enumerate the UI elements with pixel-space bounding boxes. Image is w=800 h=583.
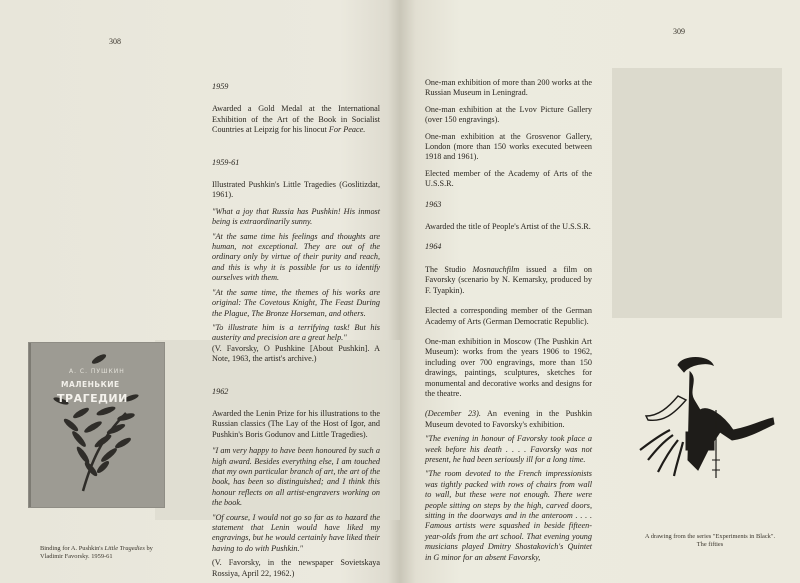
paragraph: Awarded the Lenin Prize for his illustra… bbox=[212, 409, 380, 440]
year-heading: 1962 bbox=[212, 387, 380, 397]
paragraph: One-man exhibition at the Lvov Picture G… bbox=[425, 105, 592, 126]
page-number: 309 bbox=[673, 27, 685, 36]
paragraph: One-man exhibition at the Grosvenor Gall… bbox=[425, 132, 592, 163]
year-heading: 1959-61 bbox=[212, 158, 380, 168]
paragraph: Awarded a Gold Medal at the Internationa… bbox=[212, 104, 380, 135]
year-heading: 1964 bbox=[425, 242, 592, 252]
figure-caption: Binding for A. Pushkin's Little Tragedie… bbox=[40, 545, 160, 561]
year-heading: 1959 bbox=[212, 82, 380, 92]
book-cover-image: А. С. ПУШКИН МАЛЕНЬКИЕ ТРАГЕДИИ bbox=[29, 343, 164, 507]
paragraph: The Studio Mosnauchfilm issued a film on… bbox=[425, 265, 592, 296]
quote: "The evening in honour of Favorsky took … bbox=[425, 434, 592, 465]
quote: "At the same time, the themes of his wor… bbox=[212, 288, 380, 319]
quote: "What a joy that Russia has Pushkin! His… bbox=[212, 207, 380, 228]
paragraph: (December 23). An evening in the Pushkin… bbox=[425, 409, 592, 430]
book-spread: 308 1959 Awarded a Gold Medal at the Int… bbox=[0, 0, 800, 583]
source-citation: (V. Favorsky, in the newspaper Sovietska… bbox=[212, 558, 380, 579]
figure-caption: A drawing from the series "Experiments i… bbox=[640, 533, 780, 549]
book-author: А. С. ПУШКИН bbox=[69, 368, 125, 375]
quote: "To illustrate him is a terrifying task!… bbox=[212, 323, 380, 344]
left-text-column: 1959 Awarded a Gold Medal at the Interna… bbox=[212, 82, 380, 583]
quote: "Of course, I would not go so far as to … bbox=[212, 513, 380, 555]
source-citation: (V. Favorsky, O Pushkine [About Pushkin]… bbox=[212, 344, 380, 365]
paragraph: Elected member of the Academy of Arts of… bbox=[425, 169, 592, 190]
page-number: 308 bbox=[109, 37, 121, 46]
right-text-column: One-man exhibition of more than 200 work… bbox=[425, 78, 592, 567]
quote: "The room devoted to the French impressi… bbox=[425, 469, 592, 563]
left-page: 308 1959 Awarded a Gold Medal at the Int… bbox=[0, 0, 400, 583]
year-heading: 1963 bbox=[425, 200, 592, 210]
paragraph: One-man exhibition of more than 200 work… bbox=[425, 78, 592, 99]
paragraph: Elected a corresponding member of the Ge… bbox=[425, 306, 592, 327]
paragraph: Awarded the title of People's Artist of … bbox=[425, 222, 592, 232]
book-title-line1: МАЛЕНЬКИЕ bbox=[61, 380, 120, 389]
quote: "I am very happy to have been honoured b… bbox=[212, 446, 380, 508]
experiments-in-black-drawing bbox=[628, 350, 778, 480]
quote: "At the same time his feelings and thoug… bbox=[212, 232, 380, 284]
paragraph: One-man exhibition in Moscow (The Pushki… bbox=[425, 337, 592, 399]
paragraph: Illustrated Pushkin's Little Tragedies (… bbox=[212, 180, 380, 201]
book-title-line2: ТРАГЕДИИ bbox=[57, 392, 128, 405]
show-through-image bbox=[612, 68, 782, 318]
